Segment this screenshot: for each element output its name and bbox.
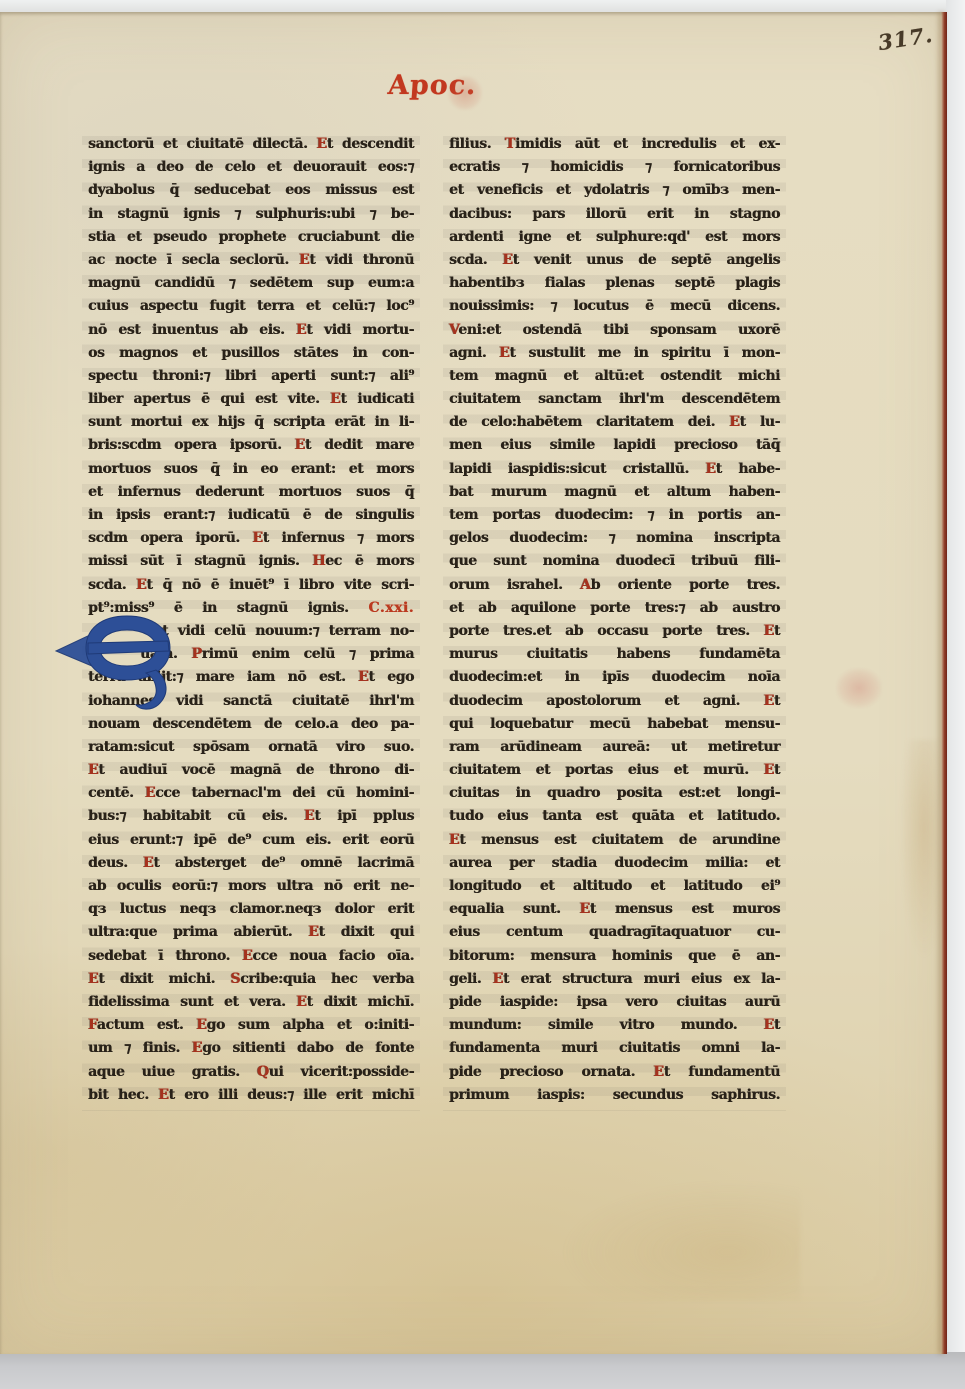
text-line: fidelissima sunt et vera. Et dixit michī… <box>88 991 414 1014</box>
text-line: agni. Et sustulit me in spiritu ī mon- <box>449 342 780 365</box>
text-line: ardenti igne et sulphure:qd' est mors <box>449 226 780 249</box>
text-line: in stagnū ignis ⁊ sulphuris:ubi ⁊ be- <box>88 203 414 226</box>
text-line: habentibз fialas plenas septē plagis <box>449 272 780 295</box>
text-line: et ab aquilone porte tres:⁊ ab austro <box>449 597 780 620</box>
text-line: sanctorū et ciuitatē dilectā. Et descend… <box>88 133 414 156</box>
text-line: stia et pseudo prophete cruciabunt die <box>88 226 414 249</box>
text-line: duodecim apostolorum et agni. Et <box>449 690 780 713</box>
text-line: tem magnū et altū:et ostendit michi <box>449 365 780 388</box>
text-line: bris:scdm opera ipsorū. Et dedit mare <box>88 434 414 457</box>
text-line: nō est inuentus ab eis. Et vidi mortu- <box>88 319 414 342</box>
illuminated-initial-e <box>52 610 188 714</box>
text-line: et infernus dederunt mortuos suos q̄ <box>88 481 414 504</box>
text-line: bat murum magnū et altum haben- <box>449 481 780 504</box>
text-line: ignis a deo de celo et deuorauit eos:⁊ <box>88 156 414 179</box>
right-text-column: filius. Timidis aūt et incredulis et ex-… <box>449 133 780 1107</box>
text-line: orum israhel. Ab oriente porte tres. <box>449 574 780 597</box>
text-line: men eius simile lapidi precioso tāq̄ <box>449 434 780 457</box>
text-line: tem portas duodecim: ⁊ in portis an- <box>449 504 780 527</box>
text-line: Et dixit michi. Scribe:quia hec verba <box>88 968 414 991</box>
text-line: que sunt nomina duodecī tribuū fili- <box>449 550 780 573</box>
text-line: ecratis ⁊ homicidis ⁊ fornicatoribus <box>449 156 780 179</box>
text-line: equalia sunt. Et mensus est muros <box>449 898 780 921</box>
text-line: ciuitatem sanctam ihrl'm descendētem <box>449 388 780 411</box>
rubric-offset-ghost <box>448 76 482 110</box>
text-line: ultra:que prima abierūt. Et dixit qui <box>88 921 414 944</box>
text-line: liber apertus ē qui est vite. Et iudicat… <box>88 388 414 411</box>
text-line: tudo eius tanta est quāta et latitudo. <box>449 805 780 828</box>
text-line: sunt mortui ex hijs q̄ scripta erāt in l… <box>88 411 414 434</box>
initial-e-glyph <box>52 610 188 714</box>
edge-discoloration <box>900 740 940 960</box>
text-line: mundum: simile vitro mundo. Et <box>449 1014 780 1037</box>
text-line: filius. Timidis aūt et incredulis et ex- <box>449 133 780 156</box>
text-line: dyabolus q̄ seducebat eos missus est <box>88 179 414 202</box>
text-line: bus:⁊ habitabit cū eis. Et ipī pplus <box>88 805 414 828</box>
text-line: lapidi iaspidis:sicut cristallū. Et habe… <box>449 458 780 481</box>
manuscript-page-scan: Apoc. 317. sanctorū et ciuitatē dilectā.… <box>0 0 965 1389</box>
pink-stain <box>836 668 882 708</box>
text-line: fundamenta muri ciuitatis omni la- <box>449 1037 780 1060</box>
text-line: os magnos et pusillos stātes in con- <box>88 342 414 365</box>
text-line: duodecim:et in ipīs duodecim noīa <box>449 666 780 689</box>
text-line: ram arūdineam aureā: ut metiretur <box>449 736 780 759</box>
text-line: ciuitatem et portas eius et murū. Et <box>449 759 780 782</box>
text-line: bitorum: mensura hominis que ē an- <box>449 945 780 968</box>
text-line: cuius aspectu fugit terra et celū:⁊ loc⁹ <box>88 295 414 318</box>
text-line: Veni:et ostendā tibi sponsam uxorē <box>449 319 780 342</box>
text-line: primum iaspis: secundus saphirus. <box>449 1084 780 1107</box>
text-line: eius erunt:⁊ ipē de⁹ cum eis. erit eorū <box>88 829 414 852</box>
text-line: aque uiue gratis. Qui vicerit:posside- <box>88 1061 414 1084</box>
text-line: de celo:habētem claritatem dei. Et lu- <box>449 411 780 434</box>
text-line: magnū candidū ⁊ sedētem sup eum:a <box>88 272 414 295</box>
scan-background-right <box>946 0 965 1389</box>
text-line: et veneficis et ydolatris ⁊ omībз men- <box>449 179 780 202</box>
text-line: ab oculis eorū:⁊ mors ultra nō erit ne- <box>88 875 414 898</box>
parchment-discoloration <box>560 1180 800 1300</box>
scan-background-bottom <box>0 1352 965 1389</box>
text-line: Factum est. Ego sum alpha et o:initi- <box>88 1014 414 1037</box>
text-line: porte tres.et ab occasu porte tres. Et <box>449 620 780 643</box>
text-line: scda. Et q̄ nō ē inuēt⁹ ī libro vite scr… <box>88 574 414 597</box>
text-line: pide precioso ornata. Et fundamentū <box>449 1061 780 1084</box>
text-line: Et mensus est ciuitatem de arundine <box>449 829 780 852</box>
text-line: longitudo et altitudo et latitudo ei⁹ <box>449 875 780 898</box>
text-line: scdm opera iporū. Et infernus ⁊ mors <box>88 527 414 550</box>
text-line: gelos duodecim: ⁊ nomina inscripta <box>449 527 780 550</box>
text-line: aurea per stadia duodecim milia: et <box>449 852 780 875</box>
text-line: dacibus: pars illorū erit in stagno <box>449 203 780 226</box>
text-line: centē. Ecce tabernacl'm dei cū homini- <box>88 782 414 805</box>
text-line: in ipsis erant:⁊ iudicatū ē de singulis <box>88 504 414 527</box>
text-line: nouissimis: ⁊ locutus ē mecū dicens. <box>449 295 780 318</box>
text-line: ciuitas in quadro posita est:et longi- <box>449 782 780 805</box>
text-line: deus. Et absterget de⁹ omnē lacrimā <box>88 852 414 875</box>
page-fore-edge <box>941 12 947 1354</box>
text-line: pide iaspide: ipsa vero ciuitas aurū <box>449 991 780 1014</box>
text-line: qз luctus neqз clamor.neqз dolor erit <box>88 898 414 921</box>
text-line: eius centum quadragītaquatuor cu- <box>449 921 780 944</box>
text-line: bit hec. Et ero illi deus:⁊ ille erit mi… <box>88 1084 414 1107</box>
text-line: um ⁊ finis. Ego sitienti dabo de fonte <box>88 1037 414 1060</box>
text-line: sedebat ī throno. Ecce noua facio oīa. <box>88 945 414 968</box>
text-line: ac nocte ī secla seclorū. Et vidi thronū <box>88 249 414 272</box>
text-line: geli. Et erat structura muri eius ex la- <box>449 968 780 991</box>
text-line: murus ciuitatis habens fundamēta <box>449 643 780 666</box>
text-line: mortuos suos q̄ in eo erant: et mors <box>88 458 414 481</box>
text-line: missi sūt ī stagnū ignis. Hec ē mors <box>88 550 414 573</box>
text-line: spectu throni:⁊ libri aperti sunt:⁊ ali⁹ <box>88 365 414 388</box>
text-line: Et audiuī vocē magnā de throno di- <box>88 759 414 782</box>
text-line: qui loquebatur mecū habebat mensu- <box>449 713 780 736</box>
text-line: nouam descendētem de celo.a deo pa- <box>88 713 414 736</box>
text-line: ratam:sicut spōsam ornatā viro suo. <box>88 736 414 759</box>
text-line: scda. Et venit unus de septē angelis <box>449 249 780 272</box>
